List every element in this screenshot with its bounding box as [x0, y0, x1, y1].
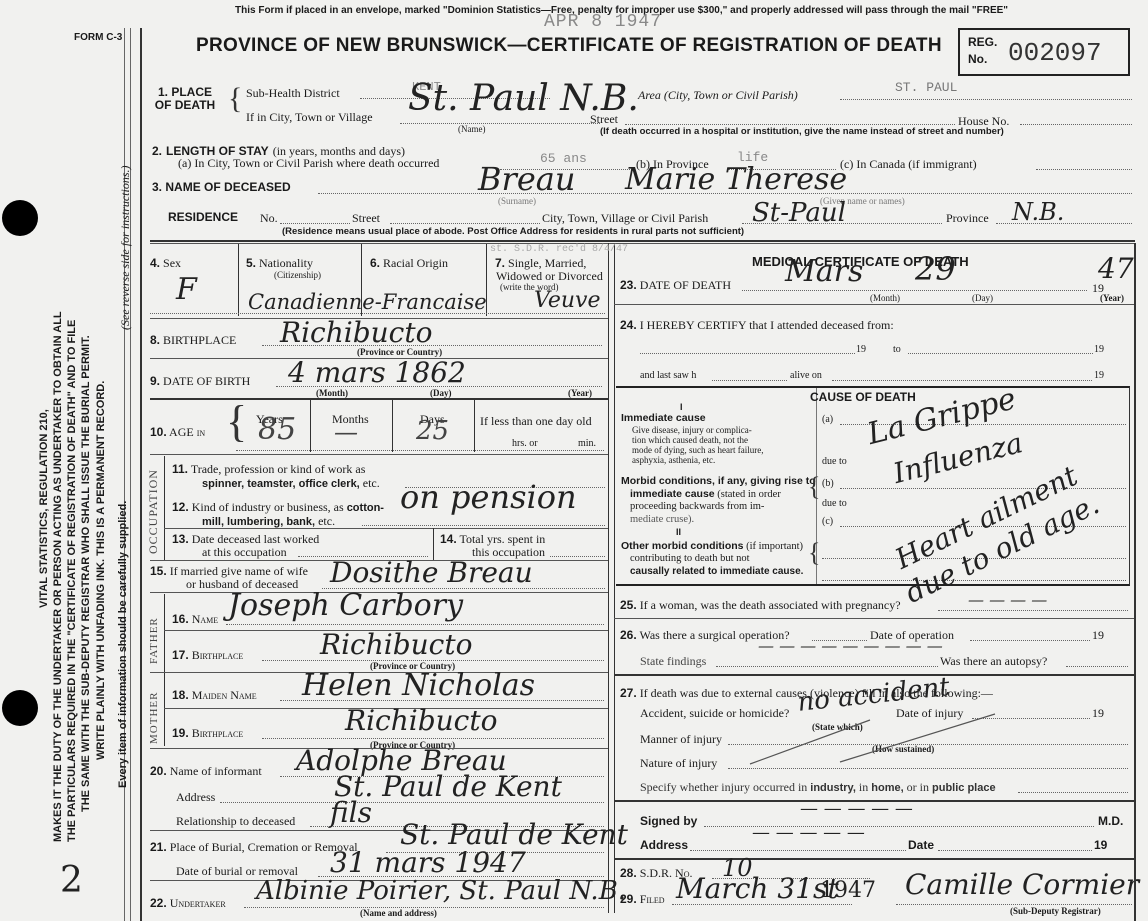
sex-label: 4. Sex — [150, 256, 181, 271]
cause-a-label: (a) — [822, 414, 833, 425]
signer-address-value: — — — — — — [752, 822, 865, 843]
autopsy-label: Was there an autopsy? — [940, 654, 1047, 669]
residence-no-label: No. — [260, 211, 278, 226]
residence-province-value: N.B. — [1012, 198, 1064, 226]
certify-label: 24. I HEREBY CERTIFY that I attended dec… — [620, 318, 894, 333]
signer-address-label: Address — [640, 838, 688, 852]
dob-month-caption: (Month) — [316, 388, 348, 398]
signed-by-value: — — — — — — [800, 798, 913, 819]
date-of-death-label: 23. DATE OF DEATH — [620, 278, 731, 293]
column-divider-2 — [614, 243, 615, 913]
specify-line — [1018, 792, 1128, 793]
age-label: 10. AGE in — [150, 425, 205, 440]
undertaker-value: Albinie Poirier, St. Paul N.B. — [256, 876, 626, 906]
divider — [614, 304, 1134, 305]
other-morbid-text-2: contributing to death but not — [630, 553, 750, 564]
morbid-conditions-text-3: proceeding backwards from im- — [630, 501, 764, 512]
area-line — [840, 99, 1132, 100]
column-divider — [608, 243, 609, 913]
cause-brace-2: { — [808, 540, 820, 566]
residence-province-label: Province — [946, 211, 989, 226]
q1-num: 1. — [158, 85, 168, 99]
marital-status-value: Veuve — [534, 288, 601, 313]
total-years-line — [550, 556, 605, 557]
residence-label: RESIDENCE — [168, 210, 238, 224]
racial-origin-label: 6. Racial Origin — [370, 256, 448, 271]
immediate-cause-text-2: tion which caused death, not the — [632, 435, 748, 445]
roman-two: II — [676, 527, 681, 537]
row-line — [150, 313, 605, 314]
undertaker-label: 22. Undertaker — [150, 896, 226, 911]
alive-on-line — [832, 380, 1092, 381]
informant-name-label: 20. Name of informant — [150, 764, 262, 779]
signer-date-line — [938, 850, 1092, 851]
age-hrs-label: hrs. or — [512, 438, 538, 449]
autopsy-line — [1066, 666, 1128, 667]
last-saw-label: and last saw h — [640, 370, 696, 381]
date-of-death-month: Mars — [785, 254, 863, 289]
due-to-label-1: due to — [822, 456, 847, 467]
residence-city-value: St-Paul — [752, 198, 846, 228]
margin-rule-2 — [130, 28, 131, 921]
signer-date-19: 19 — [1094, 838, 1107, 852]
operation-date-19: 19 — [1092, 628, 1104, 643]
stay-city-label: (a) In City, Town or Civil Parish where … — [178, 156, 439, 171]
sex-value: F — [176, 272, 197, 307]
sub-health-district-label: Sub-Health District — [246, 86, 340, 101]
immediate-cause-title: Immediate cause — [621, 412, 706, 424]
cell-divider — [392, 400, 393, 452]
injury-date-19: 19 — [1092, 706, 1104, 721]
cause-of-death-title: CAUSE OF DEATH — [810, 390, 916, 404]
reg-number: 002097 — [1008, 38, 1102, 68]
form-number: FORM C-3 — [74, 32, 122, 43]
nationality-sub: (Citizenship) — [274, 270, 321, 280]
stay-canada-label: (c) In Canada (if immigrant) — [840, 157, 977, 172]
residence-no-line — [280, 223, 350, 224]
stay-canada-line — [1036, 169, 1132, 170]
mother-birthplace-value: Richibucto — [345, 704, 497, 737]
sidebar-regulation: VITAL STATISTICS, REGULATION 210, — [38, 409, 50, 608]
occupation-side-label: OCCUPATION — [146, 469, 161, 554]
death-year-caption: (Year) — [1100, 293, 1124, 303]
undertaker-caption: (Name and address) — [360, 908, 437, 918]
punch-hole-bottom — [2, 690, 38, 726]
divider — [614, 858, 1134, 860]
residence-street-label: Street — [352, 211, 380, 226]
page-title: PROVINCE OF NEW BRUNSWICK—CERTIFICATE OF… — [196, 35, 942, 57]
registration-number-box: REG. No. 002097 — [958, 28, 1130, 76]
deceased-given-names: Marie Therese — [625, 162, 847, 197]
mother-birthplace-label: 19. Birthplace — [172, 726, 243, 741]
date-of-death-year: 47 — [1098, 252, 1134, 285]
burial-date-value: 31 mars 1947 — [330, 846, 526, 879]
death-month-caption: (Month) — [870, 293, 900, 303]
cause-c-label: (c) — [822, 516, 833, 527]
cause-brace-1: { — [808, 474, 820, 500]
father-side-label: FATHER — [148, 617, 160, 664]
attended-to-line — [908, 353, 1093, 354]
signer-date-label: Date — [908, 838, 934, 852]
father-name-line — [226, 624, 604, 625]
sidebar-every-item: Every item of information should be care… — [117, 501, 129, 788]
informant-address-label: Address — [176, 790, 215, 805]
father-name-label: 16. Name — [172, 612, 218, 627]
birthplace-value: Richibucto — [280, 316, 432, 349]
signed-by-label: Signed by — [640, 814, 697, 828]
reg-no-label: No. — [968, 52, 987, 66]
sidebar-ink: WRITE PLAINLY WITH UNFADING INK. THIS IS… — [95, 381, 107, 760]
mother-birthplace-line — [262, 738, 604, 739]
pregnancy-line — [938, 610, 1128, 611]
received-date-stamp: APR 8 1947 — [544, 12, 662, 32]
surname-caption: (Surname) — [498, 196, 536, 206]
immediate-cause-text-1: Give disease, injury or complica- — [632, 425, 752, 435]
roman-one: I — [680, 402, 683, 412]
area-value: ST. PAUL — [895, 80, 957, 95]
brace: { — [228, 84, 242, 114]
punch-hole-top — [2, 200, 38, 236]
morbid-conditions-text-4: mediate cruse). — [630, 514, 694, 525]
nature-of-injury-label: Nature of injury — [640, 756, 717, 771]
filed-date-value: March 31st — [676, 872, 839, 905]
hospital-note: (If death occurred in a hospital or inst… — [600, 126, 1004, 137]
other-morbid-title: Other morbid conditions (if important) — [621, 540, 803, 552]
filed-year-value: 1947 — [820, 878, 876, 903]
findings-line — [716, 666, 938, 667]
father-name-value: Joseph Carbory — [228, 588, 463, 623]
date-of-birth-value: 4 mars 1862 — [288, 356, 466, 389]
last-saw-line — [712, 380, 787, 381]
deceased-surname: Breau — [478, 160, 575, 198]
industry-examples: mill, lumbering, bank, etc. — [202, 514, 335, 529]
occupation-side-divider — [164, 456, 165, 560]
age-days-value: 25 — [416, 416, 449, 446]
page-mark: 2 — [60, 860, 83, 901]
father-birthplace-value: Richibucto — [320, 628, 472, 661]
birthplace-label: 8. BIRTHPLACE — [150, 333, 236, 348]
residence-note: (Residence means usual place of abode. P… — [282, 226, 744, 237]
industry-label: 12. Kind of industry or business, as cot… — [172, 500, 384, 515]
trade-label: 11. Trade, profession or kind of work as — [172, 462, 365, 477]
age-years-value: 85 — [258, 412, 296, 447]
mother-side-label: MOTHER — [148, 692, 160, 744]
residence-city-label: City, Town, Village or Civil Parish — [542, 211, 708, 226]
city-line — [400, 123, 600, 124]
reg-label: REG. — [968, 35, 997, 49]
due-to-label-2: due to — [822, 498, 847, 509]
registrar-caption: (Sub-Deputy Registrar) — [1010, 906, 1101, 916]
name-of-deceased-label: NAME OF DECEASED — [165, 180, 290, 194]
nationality-value: Canadienne-Francaise — [248, 290, 487, 314]
last-worked-label-2: at this occupation — [202, 545, 287, 560]
industry-value: on pension — [400, 478, 577, 516]
cause-b-label: (b) — [822, 478, 834, 489]
mother-maiden-name-label: 18. Maiden Name — [172, 688, 257, 703]
pregnancy-label: 25. If a woman, was the death associated… — [620, 598, 901, 613]
area-label: Area (City, Town or Civil Parish) — [638, 88, 798, 103]
burial-place-label: 21. Place of Burial, Cremation or Remova… — [150, 840, 358, 855]
divider — [614, 674, 1134, 676]
sidebar-duty: MAKES IT THE DUTY OF THE UNDERTAKER OR P… — [52, 311, 64, 842]
age-months-value: — — [334, 418, 358, 446]
signer-address-line — [690, 850, 906, 851]
sidebar-see-reverse: (See reverse side for instructions.) — [118, 165, 133, 330]
immediate-cause-text-4: asphyxia, asthenia, etc. — [632, 455, 715, 465]
residence-street-line — [390, 223, 540, 224]
specify-location-label: Specify whether injury occurred in indus… — [640, 780, 996, 795]
form-left-border — [140, 28, 142, 921]
spouse-value: Dosithe Breau — [330, 556, 533, 589]
divider — [150, 454, 608, 455]
nationality-label: 5. Nationality — [246, 256, 313, 271]
pregnancy-value: — — — — — [968, 590, 1047, 609]
alive-on-label: alive on — [790, 370, 822, 381]
place-of-death-heading: 1. PLACE OF DEATH — [152, 86, 218, 112]
cell-divider — [474, 400, 475, 452]
filed-label: 29. Filed — [620, 892, 665, 907]
attended-from-line — [640, 353, 855, 354]
cell-divider — [310, 400, 311, 452]
sidebar-particulars: THE PARTICULARS REQUIRED IN THE "CERTIFI… — [66, 320, 78, 842]
name-of-deceased-heading: 3. NAME OF DECEASED — [152, 180, 291, 194]
dob-day-caption: (Day) — [430, 388, 452, 398]
md-label: M.D. — [1098, 814, 1123, 828]
relationship-label: Relationship to deceased — [176, 814, 295, 829]
attended-to-label: to — [893, 344, 901, 355]
morbid-conditions-title: Morbid conditions, if any, giving rise t… — [621, 475, 816, 487]
date-of-death-day: 29 — [915, 250, 956, 288]
name-caption: (Name) — [458, 124, 485, 134]
divider — [164, 528, 608, 529]
findings-value: — — — — — — — — — — [758, 636, 943, 655]
relationship-value: fils — [330, 796, 372, 829]
father-birthplace-label: 17. Birthplace — [172, 648, 243, 663]
age-brace: { — [226, 400, 247, 444]
operation-date-line — [970, 640, 1090, 641]
sdr-received-stamp: st. S.D.R. rec'd 8/4/47 — [490, 244, 628, 255]
registrar-signature: Camille Cormier — [905, 868, 1139, 901]
morbid-conditions-text: immediate cause (stated in order — [630, 488, 781, 500]
state-findings-label: State findings — [640, 654, 706, 669]
age-less-than-day-label: If less than one day old — [480, 414, 592, 429]
divider — [150, 398, 608, 400]
cell-divider — [238, 244, 239, 316]
street-line — [625, 124, 955, 125]
parents-side-divider — [164, 594, 165, 746]
industry-line — [362, 525, 605, 526]
cause-b-line — [840, 488, 1126, 489]
divider — [150, 243, 1135, 244]
sidebar-file: THE SAME WITH THE SUB-DEPUTY REGISTRAR W… — [80, 335, 92, 812]
strike-through-lines — [740, 708, 1000, 770]
other-morbid-text-3: causally related to immediate cause. — [630, 566, 803, 577]
registrar-line — [896, 904, 1132, 905]
city-town-village-label: If in City, Town or Village — [246, 110, 373, 125]
date-of-death-line — [742, 290, 1087, 291]
death-day-caption: (Day) — [972, 293, 993, 303]
attended-from-19: 19 — [856, 344, 866, 355]
attended-to-19: 19 — [1094, 344, 1104, 355]
row-line — [236, 450, 604, 451]
alive-on-19: 19 — [1094, 370, 1104, 381]
manner-of-injury-label: Manner of injury — [640, 732, 722, 747]
immediate-cause-text-3: mode of dying, such as heart failure, — [632, 445, 763, 455]
form-right-border — [1134, 243, 1136, 921]
dob-year-caption: (Year) — [568, 388, 592, 398]
divider — [614, 618, 1134, 619]
age-min-label: min. — [578, 438, 596, 449]
house-line — [1020, 124, 1132, 125]
date-of-birth-label: 9. DATE OF BIRTH — [150, 374, 250, 389]
trade-examples: spinner, teamster, office clerk, etc. — [202, 476, 380, 491]
divider — [150, 240, 1135, 242]
mother-maiden-name-value: Helen Nicholas — [302, 668, 535, 703]
street-label: Street — [590, 112, 618, 127]
